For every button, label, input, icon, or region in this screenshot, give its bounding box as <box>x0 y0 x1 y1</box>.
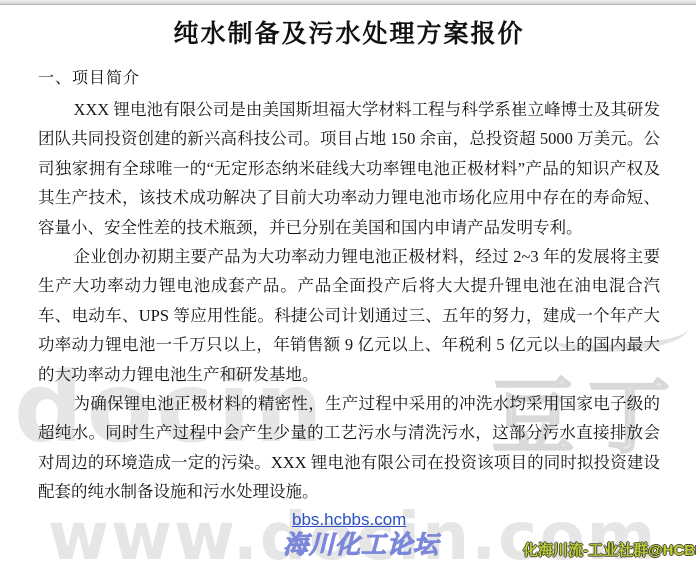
paragraph-water-need: 为确保锂电池正极材料的精密性，生产过程中采用的冲洗水均采用国家电子级的超纯水。同… <box>38 389 660 507</box>
body-text: XXX 锂电池有限公司是由美国斯坦福大学材料工程与科学系崔立峰博士及其研发团队共… <box>38 95 660 507</box>
document-content: 纯水制备及污水处理方案报价 一、项目简介 XXX 锂电池有限公司是由美国斯坦福大… <box>0 14 696 507</box>
paragraph-company-intro: XXX 锂电池有限公司是由美国斯坦福大学材料工程与科学系崔立峰博士及其研发团队共… <box>38 95 660 242</box>
hcbbs-forum-watermark: 海川化工论坛 <box>283 525 439 561</box>
paragraph-products-plan: 企业创办初期主要产品为大功率动力锂电池正极材料，经过 2~3 年的发展将主要生产… <box>38 242 660 389</box>
section-heading: 一、项目简介 <box>38 65 660 88</box>
page-top-edge <box>0 0 696 5</box>
hcbbs-link[interactable]: bbs.hcbbs.com <box>292 510 406 530</box>
document-page: docin 豆丁 www.docin.com 纯水制备及污水处理方案报价 一、项… <box>0 0 696 568</box>
docin-url-watermark: www.docin.com <box>48 498 657 568</box>
document-title: 纯水制备及污水处理方案报价 <box>38 14 660 50</box>
hcbbs-community-badge: 化海川流-工业社群@HCBBS <box>523 539 696 560</box>
